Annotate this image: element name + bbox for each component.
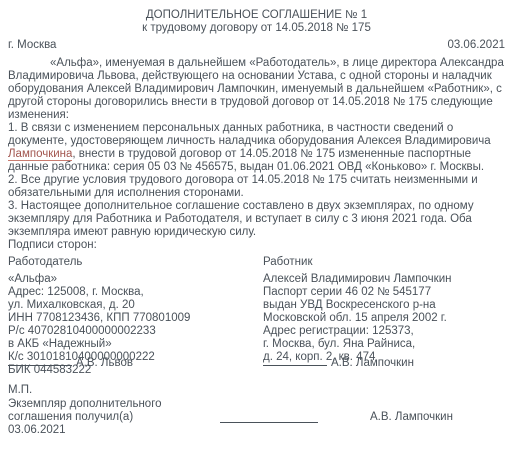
employee-passport-issuer: выдан УВД Воскресенского р-на [263,299,505,312]
employer-signature-row: А.В. Львов [8,355,133,370]
receipt-signature-line [220,411,318,423]
employer-name: «Альфа» [8,273,263,286]
clause-1-text-after: , внести в трудовой договор от 14.05.201… [8,148,484,173]
receipt-signature-name: А.В. Лампочкин [370,411,453,424]
receipt-text: Экземпляр дополнительного соглашения пол… [8,398,208,437]
clause-3: 3. Настоящее дополнительное соглашение с… [8,200,505,239]
receipt-date: 03.06.2021 [8,424,208,437]
document-title: ДОПОЛНИТЕЛЬНОЕ СОГЛАШЕНИЕ № 1 [8,9,505,22]
document-subtitle: к трудовому договору от 14.05.2018 № 175 [8,22,505,35]
city-date-row: г. Москва 03.06.2021 [8,39,505,52]
employer-inn-kpp: ИНН 7708123436, КПП 770801009 [8,312,263,325]
receipt-line-1: Экземпляр дополнительного [8,398,208,411]
document-date: 03.06.2021 [447,39,505,52]
intro-paragraph: «Альфа», именуемая в дальнейшем «Работод… [8,57,505,122]
employee-column: Работник Алексей Владимирович Лампочкин … [263,256,505,384]
employer-role-label: Работодатель [8,256,82,268]
employer-settlement-account: Р/с 40702810400000002233 [8,325,263,338]
document-title-block: ДОПОЛНИТЕЛЬНОЕ СОГЛАШЕНИЕ № 1 к трудовом… [8,9,505,35]
employee-signature-row: А.В. Лампочкин [263,355,414,370]
employee-role-label: Работник [263,256,313,268]
receipt-block: Экземпляр дополнительного соглашения пол… [8,398,505,437]
signature-columns: Работодатель «Альфа» Адрес: 125008, г. М… [8,256,505,384]
highlighted-employee-name: Лампочкина [8,148,72,161]
employer-bank-name: в АКБ «Надежный» [8,338,263,351]
employer-signature-line [8,355,72,366]
employer-address-line-1: Адрес: 125008, г. Москва, [8,286,263,299]
employee-signature-line [263,355,327,366]
employee-registration-line-2: г. Москва, бул. Яна Райниса, [263,338,505,351]
employee-details: Алексей Владимирович Лампочкин Паспорт с… [263,273,505,364]
receipt-line-2: соглашения получил(а) [8,411,208,424]
clause-1: 1. В связи с изменением персональных дан… [8,122,505,174]
clause-2: 2. Все другие условия трудового договора… [8,174,505,200]
employee-full-name: Алексей Владимирович Лампочкин [263,273,505,286]
signatures-heading: Подписи сторон: [8,239,505,252]
document-city: г. Москва [8,39,56,52]
employee-passport-issue-date: Московской обл. 15 апреля 2002 г. [263,312,505,325]
seal-label: М.П. [8,384,505,397]
employee-signature-name: А.В. Лампочкин [331,357,414,369]
employee-passport-series: Паспорт серии 46 02 № 545177 [263,286,505,299]
agreement-document: ДОПОЛНИТЕЛЬНОЕ СОГЛАШЕНИЕ № 1 к трудовом… [0,0,512,460]
employee-registration-line-1: Адрес регистрации: 125373, [263,325,505,338]
employer-column: Работодатель «Альфа» Адрес: 125008, г. М… [8,256,263,384]
clause-1-text-before: 1. В связи с изменением персональных дан… [8,122,491,147]
employer-signature-name: А.В. Львов [76,357,133,369]
employer-address-line-2: ул. Михалковская, д. 20 [8,299,263,312]
